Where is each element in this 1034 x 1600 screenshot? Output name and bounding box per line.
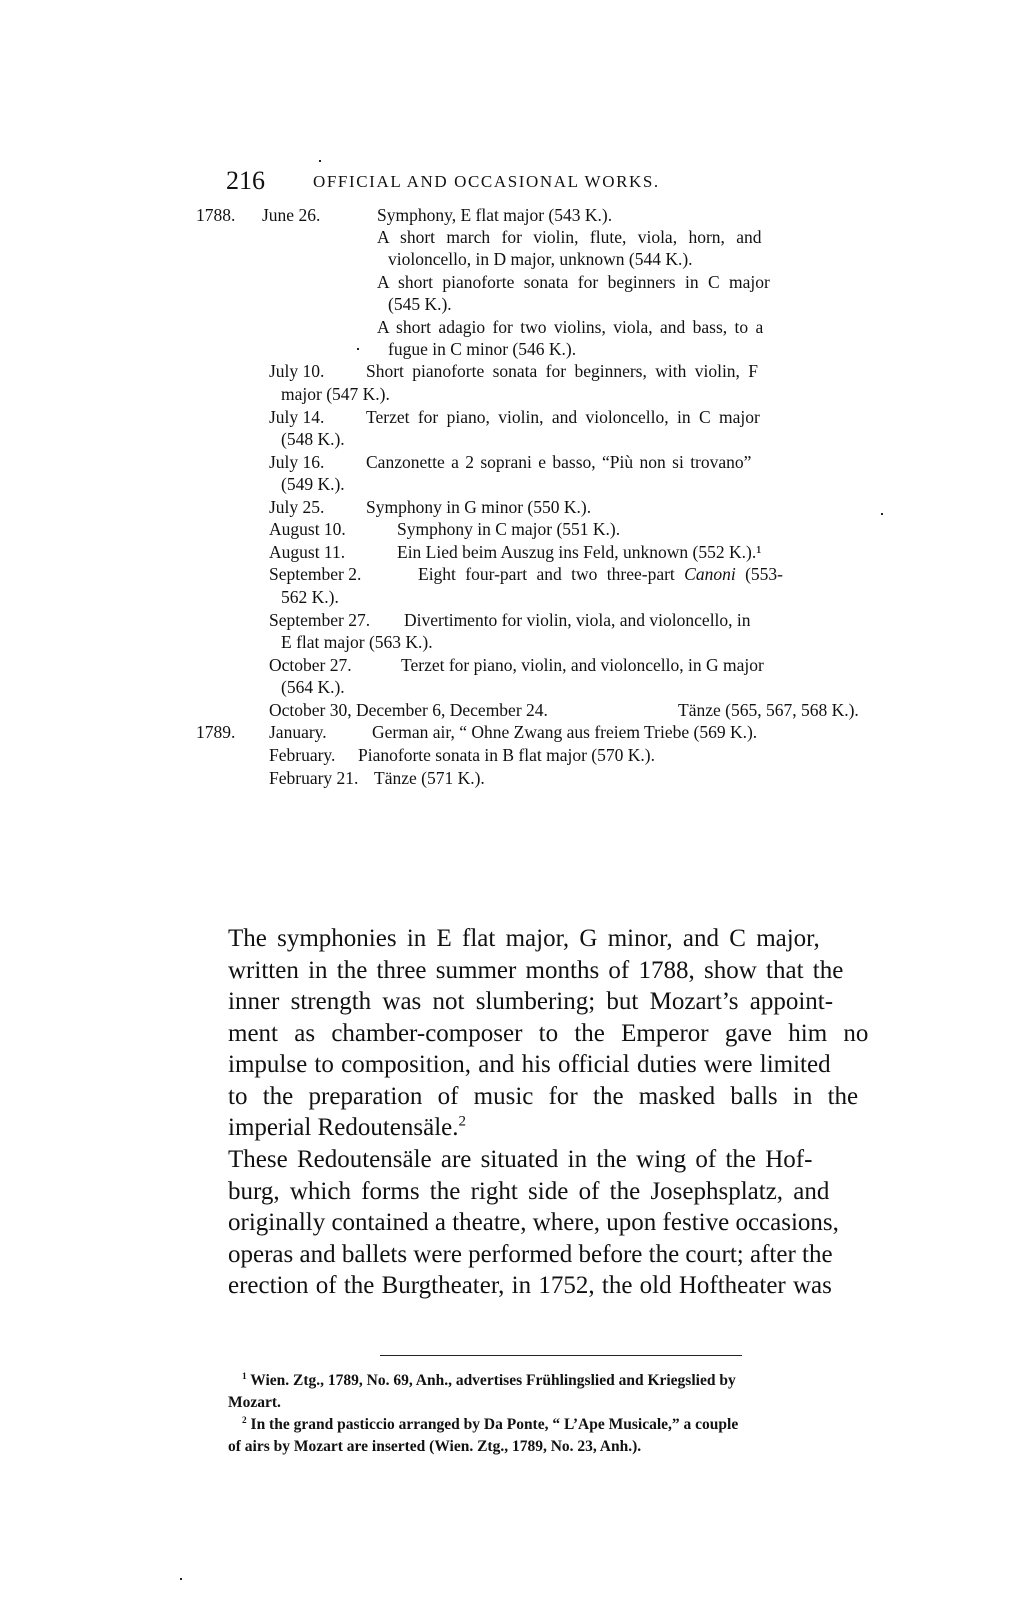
chron-entry-cont: 562 K.). — [281, 586, 339, 608]
footnote-mark: 1 — [242, 1372, 247, 1382]
chron-entry-text: (553- — [745, 564, 783, 584]
body-line: The symphonies in E flat major, G minor,… — [228, 923, 920, 955]
chron-entry-text: Eight four-part and two three-part — [418, 564, 675, 584]
chron-entry-cont: (549 K.). — [281, 473, 345, 495]
body-line: operas and ballets were performed before… — [228, 1239, 920, 1271]
body-line: originally contained a theatre, where, u… — [228, 1207, 920, 1239]
page-number: 216 — [226, 166, 265, 196]
body-line: erection of the Burgtheater, in 1752, th… — [228, 1270, 920, 1302]
chron-date: July 25. — [269, 496, 324, 518]
chron-date: October 27. — [269, 654, 352, 676]
print-speck — [180, 1578, 182, 1580]
footnote-divider — [380, 1355, 742, 1356]
chron-entry-italic: Canoni — [684, 564, 736, 584]
chron-entry-cont: (548 K.). — [281, 428, 345, 450]
chron-entry: Symphony in G minor (550 K.). — [366, 496, 591, 518]
chron-entry: Pianoforte sonata in B flat major (570 K… — [358, 744, 655, 766]
footnote-text: In the grand pasticcio arranged by Da Po… — [251, 1416, 739, 1433]
chron-entry: A short pianoforte sonata for beginners … — [377, 271, 770, 293]
chron-entry: Symphony, E flat major (543 K.). — [377, 204, 612, 226]
chron-entry: A short adagio for two violins, viola, a… — [377, 316, 763, 338]
print-speck — [357, 348, 359, 350]
chron-entry-cont: major (547 K.). — [281, 383, 390, 405]
body-line: imperial Redoutensäle.2 — [228, 1112, 920, 1144]
body-line-text: imperial Redoutensäle. — [228, 1114, 458, 1141]
chron-year-1789: 1789. — [196, 721, 235, 743]
chron-entry: Ein Lied beim Auszug ins Feld, unknown (… — [397, 541, 761, 563]
footnote-2: 2 In the grand pasticcio arranged by Da … — [228, 1414, 920, 1458]
footnote-mark: 2 — [242, 1416, 247, 1426]
body-line: These Redoutensäle are situated in the w… — [228, 1144, 920, 1176]
chron-entry: Symphony in C major (551 K.). — [397, 518, 620, 540]
footnote-1: 1 Wien. Ztg., 1789, No. 69, Anh., advert… — [228, 1370, 920, 1414]
body-paragraph-1: The symphonies in E flat major, G minor,… — [228, 923, 920, 1144]
footnote-line: Mozart. — [228, 1392, 920, 1414]
footnote-text: Wien. Ztg., 1789, No. 69, Anh., advertis… — [250, 1372, 735, 1389]
chron-entry-cont: (564 K.). — [281, 676, 345, 698]
chron-entry: Terzet for piano, violin, and violoncell… — [366, 406, 760, 428]
chron-entry-cont: (545 K.). — [388, 293, 452, 315]
body-line: inner strength was not slumbering; but M… — [228, 986, 920, 1018]
chron-entry-cont: violoncello, in D major, unknown (544 K.… — [388, 248, 693, 270]
chron-entry: Terzet for piano, violin, and violoncell… — [401, 654, 764, 676]
footnote-line: 1 Wien. Ztg., 1789, No. 69, Anh., advert… — [228, 1370, 920, 1392]
chron-date: September 27. — [269, 609, 370, 631]
chron-entry: Eight four-part and two three-part Canon… — [418, 563, 783, 585]
chron-entry: Short pianoforte sonata for beginners, w… — [366, 360, 758, 382]
footnote-ref: 2 — [458, 1114, 466, 1130]
chron-date: August 10. — [269, 518, 346, 540]
chron-year-1788: 1788. — [196, 204, 235, 226]
print-speck — [319, 160, 321, 162]
body-line: impulse to composition, and his official… — [228, 1049, 920, 1081]
chron-entry-cont: E flat major (563 K.). — [281, 631, 433, 653]
footnote-line: of airs by Mozart are inserted (Wien. Zt… — [228, 1436, 920, 1458]
chron-date: September 2. — [269, 563, 361, 585]
body-paragraph-2: These Redoutensäle are situated in the w… — [228, 1144, 920, 1302]
body-line: written in the three summer months of 17… — [228, 955, 920, 987]
chron-entry: Canzonette a 2 soprani e basso, “Più non… — [366, 451, 751, 473]
body-line: burg, which forms the right side of the … — [228, 1176, 920, 1208]
print-speck — [881, 513, 883, 515]
chron-date: July 10. — [269, 360, 324, 382]
body-line: ment as chamber-composer to the Emperor … — [228, 1018, 920, 1050]
chron-entry: A short march for violin, flute, viola, … — [377, 226, 762, 248]
chron-entry: Divertimento for violin, viola, and viol… — [404, 609, 751, 631]
chron-date: January. — [269, 721, 327, 743]
chron-date: October 30, December 6, December 24. — [269, 699, 548, 721]
chron-date: July 16. — [269, 451, 324, 473]
chron-entry: Tänze (571 K.). — [374, 767, 485, 789]
footnote-line: 2 In the grand pasticcio arranged by Da … — [228, 1414, 920, 1436]
chron-date: June 26. — [262, 204, 320, 226]
chron-date: August 11. — [269, 541, 345, 563]
chron-entry: Tänze (565, 567, 568 K.). — [678, 699, 859, 721]
chron-date: July 14. — [269, 406, 324, 428]
body-line: to the preparation of music for the mask… — [228, 1081, 920, 1113]
chron-entry-cont: fugue in C minor (546 K.). — [388, 338, 576, 360]
running-header: OFFICIAL AND OCCASIONAL WORKS. — [313, 172, 660, 192]
chron-date: February. — [269, 744, 335, 766]
chron-entry: German air, “ Ohne Zwang aus freiem Trie… — [372, 721, 757, 743]
chron-date: February 21. — [269, 767, 358, 789]
